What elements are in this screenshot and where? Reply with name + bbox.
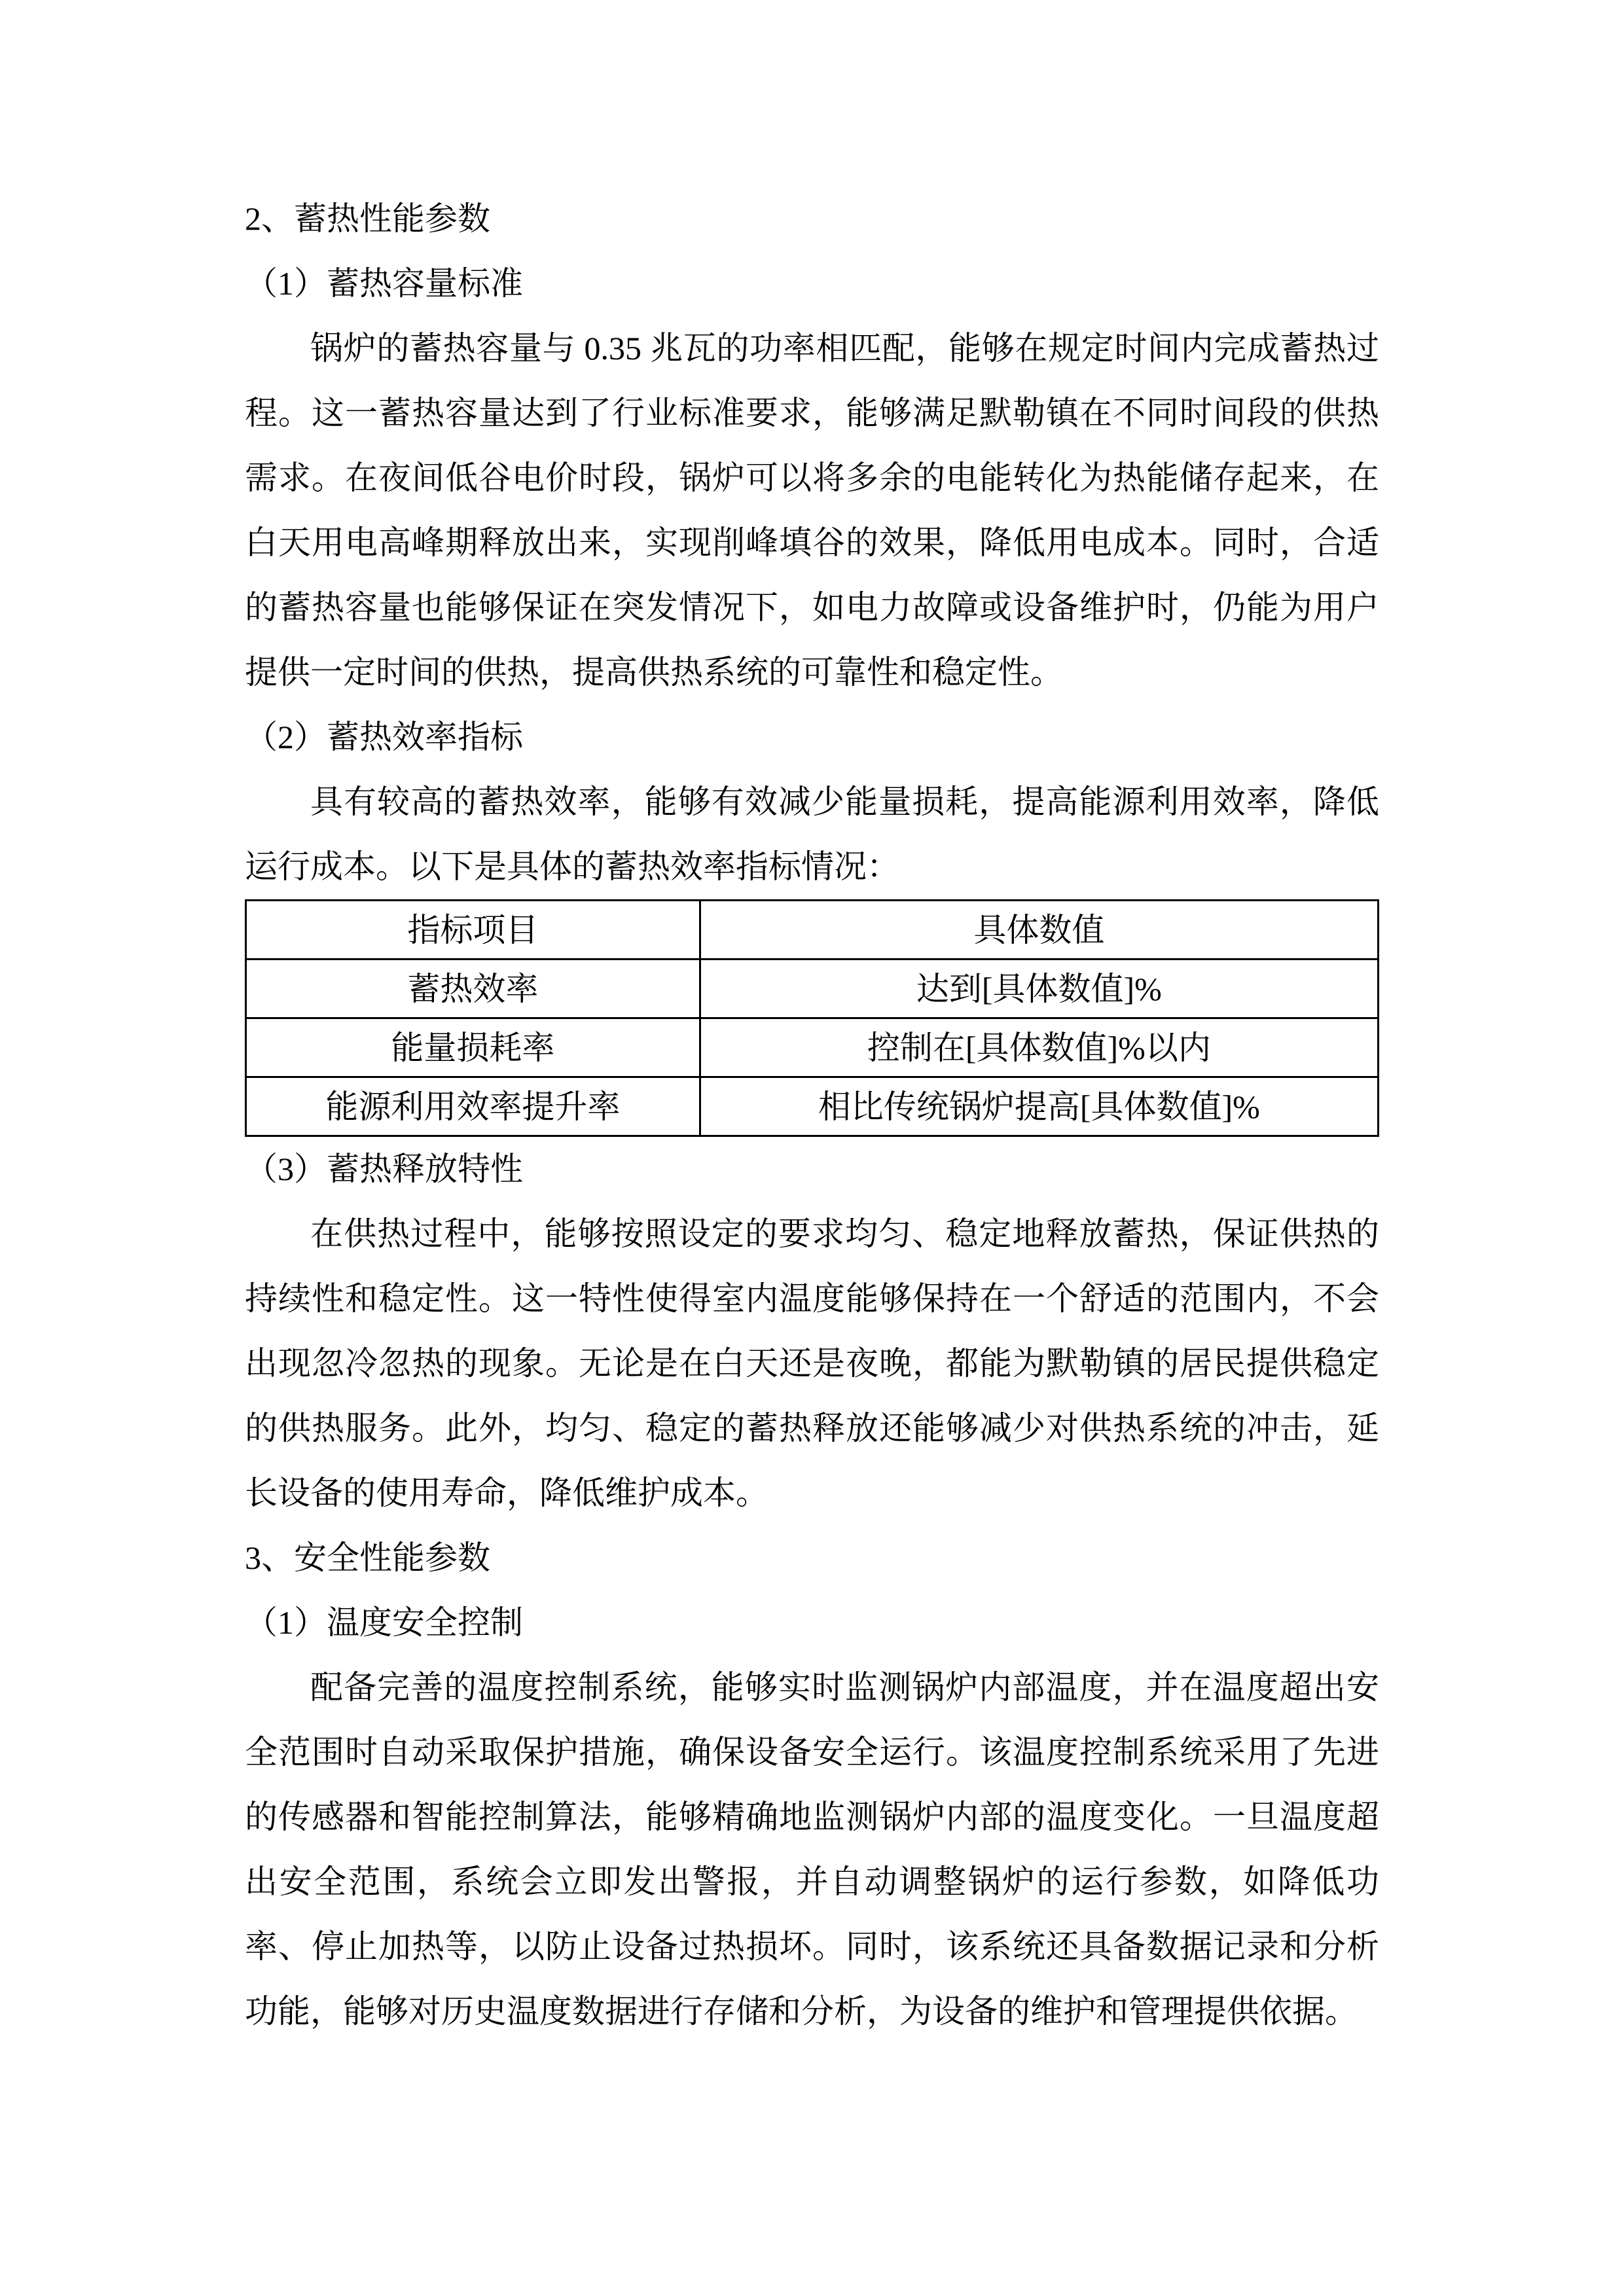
table-header-cell: 指标项目 (246, 901, 700, 960)
paragraph-line: 率、停止加热等，以防止设备过热损坏。同时，该系统还具备数据记录和分析 (245, 1914, 1379, 1979)
paragraph-line: 功能，能够对历史温度数据进行存储和分析，为设备的维护和管理提供依据。 (245, 1979, 1379, 2044)
paragraph-line: 在供热过程中，能够按照设定的要求均匀、稳定地释放蓄热，保证供热的 (245, 1202, 1379, 1266)
paragraph-line: 的供热服务。此外，均匀、稳定的蓄热释放还能够减少对供热系统的冲击，延 (245, 1396, 1379, 1461)
table-cell: 控制在[具体数值]%以内 (700, 1018, 1378, 1077)
table-cell: 蓄热效率 (246, 960, 700, 1018)
table-header-cell: 具体数值 (700, 901, 1378, 960)
subsection-heading: （2）蓄热效率指标 (245, 705, 1379, 770)
paragraph-line: 提供一定时间的供热，提高供热系统的可靠性和稳定性。 (245, 640, 1379, 705)
paragraph-line: 出现忽冷忽热的现象。无论是在白天还是夜晚，都能为默勒镇的居民提供稳定 (245, 1331, 1379, 1396)
paragraph-line: 的传感器和智能控制算法，能够精确地监测锅炉内部的温度变化。一旦温度超 (245, 1785, 1379, 1850)
paragraph-line: 长设备的使用寿命，降低维护成本。 (245, 1461, 1379, 1526)
paragraph-line: 配备完善的温度控制系统，能够实时监测锅炉内部温度，并在温度超出安 (245, 1655, 1379, 1720)
paragraph-line: 的蓄热容量也能够保证在突发情况下，如电力故障或设备维护时，仍能为用户 (245, 575, 1379, 640)
paragraph-line: 出安全范围，系统会立即发出警报，并自动调整锅炉的运行参数，如降低功 (245, 1850, 1379, 1914)
paragraph-line: 白天用电高峰期释放出来，实现削峰填谷的效果，降低用电成本。同时，合适 (245, 511, 1379, 575)
section-heading: 2、蓄热性能参数 (245, 187, 1379, 251)
paragraph-line: 运行成本。以下是具体的蓄热效率指标情况： (245, 834, 1379, 899)
paragraph-line: 持续性和稳定性。这一特性使得室内温度能够保持在一个舒适的范围内，不会 (245, 1266, 1379, 1331)
spec-table: 指标项目 具体数值 蓄热效率 达到[具体数值]% 能量损耗率 控制在[具体数值]… (245, 899, 1379, 1137)
table-row: 能源利用效率提升率 相比传统锅炉提高[具体数值]% (246, 1077, 1379, 1136)
document-page: 2、蓄热性能参数 （1）蓄热容量标准 锅炉的蓄热容量与 0.35 兆瓦的功率相匹… (245, 187, 1379, 2044)
table-row: 能量损耗率 控制在[具体数值]%以内 (246, 1018, 1379, 1077)
table-cell: 相比传统锅炉提高[具体数值]% (700, 1077, 1378, 1136)
table-cell: 能源利用效率提升率 (246, 1077, 700, 1136)
subsection-heading: （1）蓄热容量标准 (245, 251, 1379, 316)
paragraph-line: 需求。在夜间低谷电价时段，锅炉可以将多余的电能转化为热能储存起来，在 (245, 446, 1379, 511)
paragraph-line: 程。这一蓄热容量达到了行业标准要求，能够满足默勒镇在不同时间段的供热 (245, 381, 1379, 446)
paragraph-line: 全范围时自动采取保护措施，确保设备安全运行。该温度控制系统采用了先进 (245, 1720, 1379, 1785)
paragraph-line: 锅炉的蓄热容量与 0.35 兆瓦的功率相匹配，能够在规定时间内完成蓄热过 (245, 316, 1379, 381)
table-cell: 能量损耗率 (246, 1018, 700, 1077)
table-row: 蓄热效率 达到[具体数值]% (246, 960, 1379, 1018)
table-header-row: 指标项目 具体数值 (246, 901, 1379, 960)
table-cell: 达到[具体数值]% (700, 960, 1378, 1018)
subsection-heading: （3）蓄热释放特性 (245, 1137, 1379, 1202)
section-heading: 3、安全性能参数 (245, 1526, 1379, 1590)
paragraph-line: 具有较高的蓄热效率，能够有效减少能量损耗，提高能源利用效率，降低 (245, 770, 1379, 834)
subsection-heading: （1）温度安全控制 (245, 1590, 1379, 1655)
